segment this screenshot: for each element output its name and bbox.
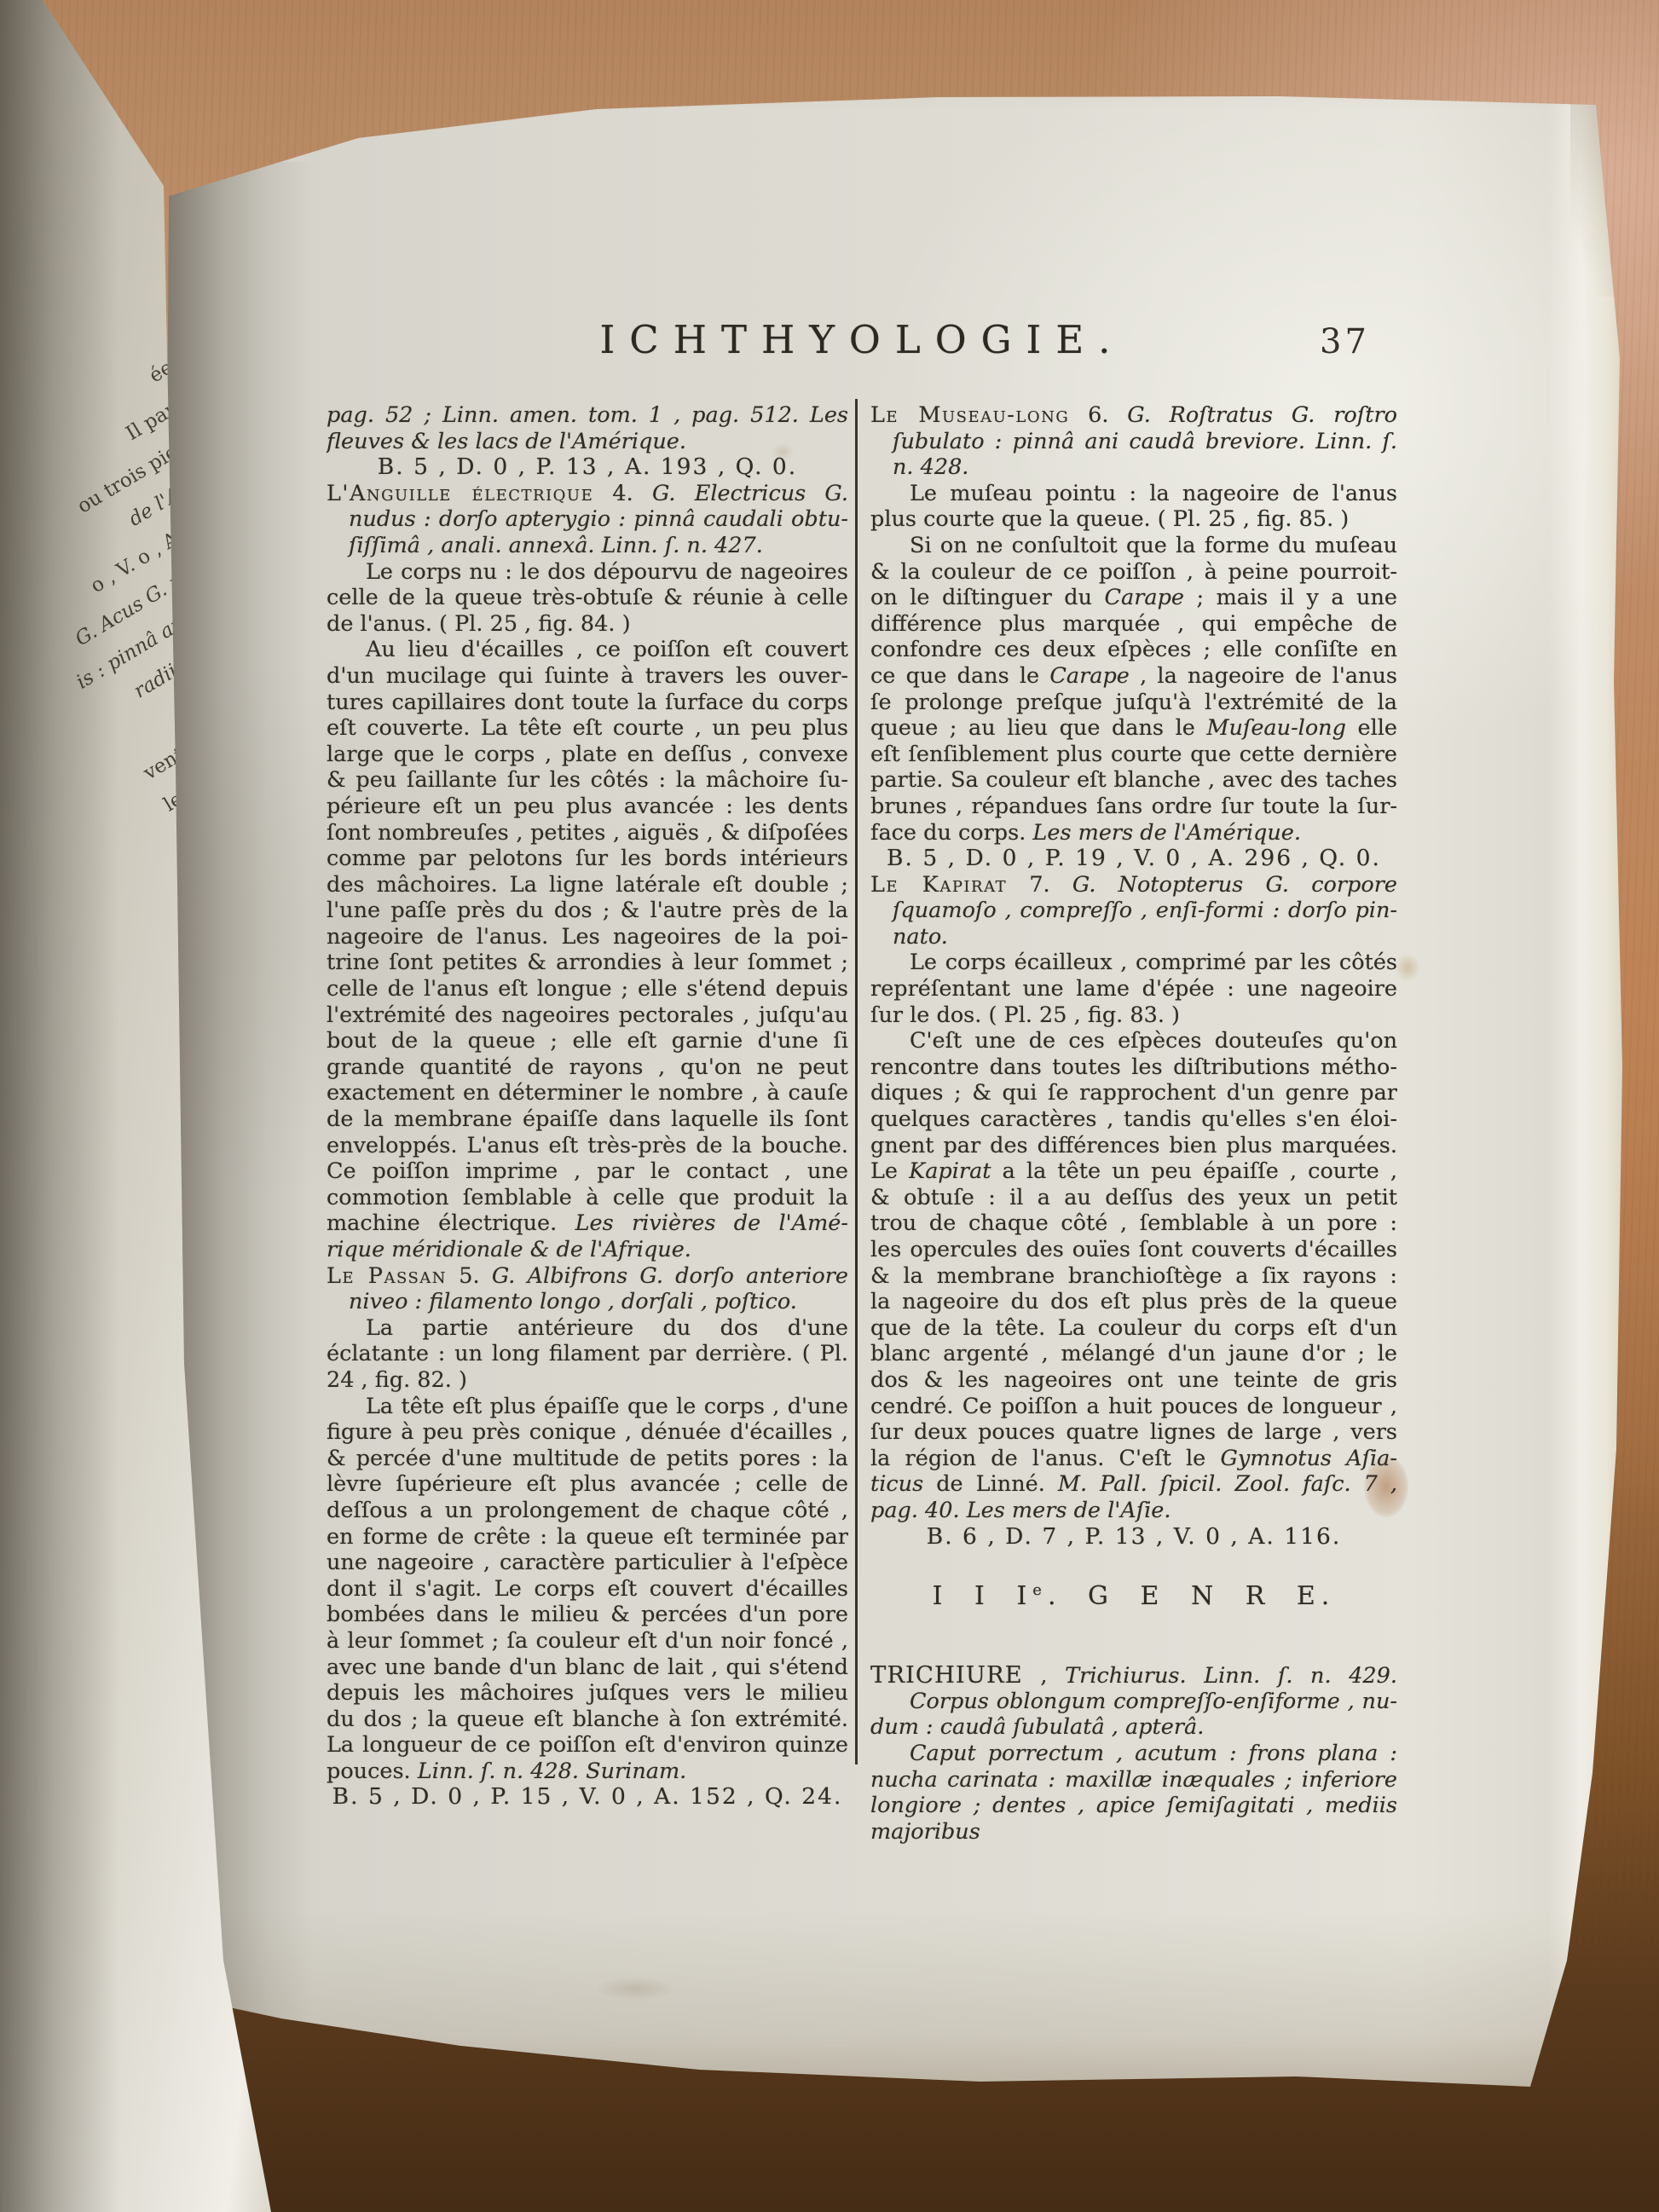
text-line: figure à peu près conique , dénuée d'éca… bbox=[327, 1419, 848, 1446]
text-line: celle de la queue très-obtuſe & réunie à… bbox=[327, 585, 848, 611]
running-header-title: ICHTHYOLOGIE. bbox=[327, 317, 1398, 372]
text-line: machine électrique. Les rivières de l'Am… bbox=[327, 1210, 848, 1237]
text-line: B. 5 , D. 0 , P. 15 , V. 0 , A. 152 , Q.… bbox=[327, 1784, 848, 1811]
text-line: La longueur de ce poiſſon eſt d'environ … bbox=[327, 1732, 848, 1759]
text-line: L'Anguille électrique 4. G. Electricus G… bbox=[327, 481, 848, 507]
text-line: comme par pelotons ſur les bords intérie… bbox=[327, 846, 848, 872]
right-text-column: Le Museau-long 6. G. Roſtratus G. roſtro… bbox=[870, 402, 1397, 1845]
text-line: dum : caudâ ſubulatâ , apterâ. bbox=[870, 1714, 1397, 1741]
text-line: La tête eſt plus épaiſſe que le corps , … bbox=[327, 1394, 848, 1420]
text-line: ſquamoſo , compreſſo , enſi-formi : dorſ… bbox=[870, 898, 1397, 924]
deckle-edge bbox=[1548, 94, 1642, 2105]
text-line: avec une bande d'un blanc de lait , qui … bbox=[327, 1655, 848, 1681]
foxing-stain bbox=[597, 1978, 673, 2000]
text-line: ſur le dos. ( Pl. 25 , fig. 83. ) bbox=[870, 1002, 1397, 1029]
text-line: I I Ie. G E N R E. bbox=[870, 1563, 1397, 1618]
text-line: & obtuſe : il a au deſſus des yeux un pe… bbox=[870, 1185, 1397, 1211]
text-line: une nageoire , caractère particulier à l… bbox=[327, 1550, 848, 1576]
text-line: longiore ; dentes , apice ſemiſagitati ,… bbox=[870, 1793, 1397, 1819]
text-line: C'eſt une de ces eſpèces douteuſes qu'on bbox=[870, 1028, 1397, 1054]
text-line: celle de l'anus eſt longue ; elle s'éten… bbox=[327, 976, 848, 1002]
text-line: cendré. Ce poiſſon a huit pouces de long… bbox=[870, 1394, 1397, 1420]
text-line: de l'anus. ( Pl. 25 , fig. 84. ) bbox=[327, 611, 848, 638]
text-line: ſiſſimâ , anali. annexâ. Linn. ſ. n. 427… bbox=[327, 533, 848, 559]
text-line: eſt couverte. La tête eſt courte , un pe… bbox=[327, 715, 848, 742]
text-line: La partie antérieure du dos d'une blanch… bbox=[327, 1315, 848, 1342]
text-line: dos & les nageoires ont une teinte de gr… bbox=[870, 1367, 1397, 1394]
text-line: trine ſont petites & arrondies à leur ſo… bbox=[327, 950, 848, 976]
text-line: à leur ſommet ; ſa couleur eſt d'un noir… bbox=[327, 1628, 848, 1655]
verso-gutter-shadow bbox=[0, 0, 119, 2212]
text-line: & percée d'une multitude de petits pores… bbox=[327, 1446, 848, 1472]
text-line: repréſentant une lame d'épée : une nageo… bbox=[870, 976, 1397, 1002]
text-line: confondre ces deux eſpèces ; elle conſiſ… bbox=[870, 637, 1397, 663]
text-line: trou de chaque côté , ſemblable à un por… bbox=[870, 1210, 1397, 1237]
text-line: queue ; au lieu que dans le Muſeau-long … bbox=[870, 715, 1397, 742]
text-line: n. 428. bbox=[870, 454, 1397, 481]
text-line: Au lieu d'écailles , ce poiſſon eſt couv… bbox=[327, 637, 848, 663]
text-line: la région de l'anus. C'eſt le Gymnotus A… bbox=[870, 1446, 1397, 1472]
text-line: ſe prolonge preſque juſqu'à l'extrémité … bbox=[870, 690, 1397, 716]
text-line: partie. Sa couleur eſt blanche , avec de… bbox=[870, 767, 1397, 794]
text-line: Le Kapirat a la tête un peu épaiſſe , co… bbox=[870, 1158, 1397, 1185]
column-divider-rule bbox=[855, 399, 858, 1764]
text-line: diques ; & qui ſe rapprochent d'un genre… bbox=[870, 1080, 1397, 1106]
text-line: B. 5 , D. 0 , P. 13 , A. 193 , Q. 0. bbox=[327, 454, 848, 481]
text-line: nucha carinata : maxillæ inæquales ; inf… bbox=[870, 1767, 1397, 1793]
text-line: gnent par des différences bien plus marq… bbox=[870, 1133, 1397, 1159]
text-line: dont il s'agit. Le corps eſt couvert d'é… bbox=[327, 1576, 848, 1603]
text-line: on le diſtinguer du Carape ; mais il y a… bbox=[870, 585, 1397, 611]
book-photo: { "header": { "title": "ICHTHYOLOGIE.", … bbox=[0, 0, 1659, 2212]
book-page: ICHTHYOLOGIE. 37 pag. 52 ; Linn. amen. t… bbox=[0, 0, 1659, 2212]
text-line: deſſous a un prolongement de chaque côté… bbox=[327, 1498, 848, 1524]
text-line: Si on ne conſultoit que la forme du muſe… bbox=[870, 533, 1397, 559]
text-line: Caput porrectum , acutum : frons plana : bbox=[870, 1741, 1397, 1767]
text-line: Le Kapirat 7. G. Notopterus G. corpore bbox=[870, 872, 1397, 898]
text-line: Le corps nu : le dos dépourvu de nageoir… bbox=[327, 559, 848, 586]
text-line: bombées dans le milieu & percées d'un po… bbox=[327, 1602, 848, 1628]
text-line: 24 , fig. 82. ) bbox=[327, 1367, 848, 1394]
text-line: large que le corps , plate en deſſus , c… bbox=[327, 742, 848, 768]
text-line: l'extrémité des nageoires pectorales , j… bbox=[327, 1002, 848, 1029]
page-bottom-shade bbox=[171, 1909, 1569, 2088]
text-line: tures capillaires dont toute la ſurface … bbox=[327, 690, 848, 716]
foxing-stain bbox=[1395, 953, 1420, 982]
text-line: & peu ſaillante ſur les côtés : la mâcho… bbox=[327, 767, 848, 794]
text-line: lèvre ſupérieure eſt plus avancée ; cell… bbox=[327, 1471, 848, 1498]
text-line bbox=[870, 1550, 1397, 1563]
text-line: brunes , répandues ſans ordre ſur toute … bbox=[870, 794, 1397, 820]
text-line: face du corps. Les mers de l'Amérique. bbox=[870, 820, 1397, 846]
text-line: ce que dans le Carape , la nageoire de l… bbox=[870, 663, 1397, 690]
text-line: & la couleur de ce poiſſon , à peine pou… bbox=[870, 559, 1397, 586]
text-line: nato. bbox=[870, 924, 1397, 950]
text-line: pag. 52 ; Linn. amen. tom. 1 , pag. 512.… bbox=[327, 402, 848, 429]
text-line: Ce poiſſon imprime , par le contact , un… bbox=[327, 1158, 848, 1185]
text-line: de la membrane épaiſſe dans laquelle ils… bbox=[327, 1106, 848, 1133]
text-line: en forme de crête : la queue eſt terminé… bbox=[327, 1524, 848, 1551]
left-text-column: pag. 52 ; Linn. amen. tom. 1 , pag. 512.… bbox=[327, 402, 848, 1811]
text-line: commotion ſemblable à celle que produit … bbox=[327, 1185, 848, 1211]
text-line: Le Museau-long 6. G. Roſtratus G. roſtro bbox=[870, 402, 1397, 429]
text-line: ſubulato : pinnâ ani caudâ breviore. Lin… bbox=[870, 429, 1397, 455]
text-line: Le muſeau pointu : la nageoire de l'anus bbox=[870, 481, 1397, 507]
text-line: Corpus oblongum compreſſo-enſiforme , nu… bbox=[870, 1689, 1397, 1715]
text-line: du dos ; la queue eſt blanche à ſon extr… bbox=[327, 1707, 848, 1733]
text-line: exactement en déterminer le nombre , à c… bbox=[327, 1080, 848, 1106]
text-line: fleuves & les lacs de l'Amérique. bbox=[327, 429, 848, 455]
text-line: périeure eſt un peu plus avancée : les d… bbox=[327, 794, 848, 820]
text-line: majoribus bbox=[870, 1819, 1397, 1845]
text-line: nageoire de l'anus. Les nageoires de la … bbox=[327, 924, 848, 950]
text-line: rique méridionale & de l'Afrique. bbox=[327, 1237, 848, 1263]
text-line: B. 5 , D. 0 , P. 19 , V. 0 , A. 296 , Q.… bbox=[870, 846, 1397, 872]
text-line: Le Passan 5. G. Albifrons G. dorſo anter… bbox=[327, 1263, 848, 1290]
text-line: & la membrane branchioſtège a ſix rayons… bbox=[870, 1263, 1397, 1290]
text-line: rencontre dans toutes les diſtributions … bbox=[870, 1054, 1397, 1081]
text-line: différence plus marquée , qui empêche de bbox=[870, 611, 1397, 638]
text-line: la nageoire du dos eſt plus près de la q… bbox=[870, 1289, 1397, 1315]
page-corner-fold bbox=[1570, 101, 1627, 297]
text-line: ſur deux pouces quatre lignes de large ,… bbox=[870, 1419, 1397, 1446]
text-line: d'un mucilage qui ſuinte à travers les o… bbox=[327, 663, 848, 690]
text-line: grande quantité de rayons , qu'on ne peu… bbox=[327, 1054, 848, 1081]
text-line: que de la tête. La couleur du corps eſt … bbox=[870, 1315, 1397, 1342]
text-line: Le corps écailleux , comprimé par les cô… bbox=[870, 950, 1397, 976]
text-line: blanc argenté , mélangé d'un jaune d'or … bbox=[870, 1341, 1397, 1367]
text-line: quelques caractères , tandis qu'elles s'… bbox=[870, 1106, 1397, 1133]
text-line: les opercules des ouïes ſont couverts d'… bbox=[870, 1237, 1397, 1263]
text-line: niveo : filamento longo , dorſali , poſt… bbox=[327, 1289, 848, 1315]
text-line: ticus de Linné. M. Pall. ſpicil. Zool. f… bbox=[870, 1471, 1397, 1498]
text-line: nudus : dorſo apterygio : pinnâ caudali … bbox=[327, 506, 848, 533]
text-line: ſont nombreuſes , petites , aiguës , & d… bbox=[327, 820, 848, 846]
text-line: B. 6 , D. 7 , P. 13 , V. 0 , A. 116. bbox=[870, 1524, 1397, 1551]
text-line: enveloppés. L'anus eſt très-près de la b… bbox=[327, 1133, 848, 1159]
text-line: des mâchoires. La ligne latérale eſt dou… bbox=[327, 872, 848, 898]
page-number: 37 bbox=[1320, 322, 1405, 361]
text-line: TRICHIURE , Trichiurus. Linn. ſ. n. 429. bbox=[870, 1662, 1397, 1689]
text-line: éclatante : un long filament par derrièr… bbox=[327, 1341, 848, 1367]
text-line: l'une paſſe près du dos ; & l'autre près… bbox=[327, 898, 848, 924]
text-line: eſt ſenſiblement plus courte que cette d… bbox=[870, 742, 1397, 768]
text-line bbox=[870, 1618, 1397, 1662]
text-line: plus courte que la queue. ( Pl. 25 , fig… bbox=[870, 506, 1397, 533]
text-line: bout de la queue ; elle eſt garnie d'une… bbox=[327, 1028, 848, 1054]
text-line: pag. 40. Les mers de l'Aſie. bbox=[870, 1498, 1397, 1524]
text-line: pouces. Linn. ſ. n. 428. Surinam. bbox=[327, 1759, 848, 1785]
text-line: depuis les mâchoires juſques vers le mil… bbox=[327, 1680, 848, 1707]
